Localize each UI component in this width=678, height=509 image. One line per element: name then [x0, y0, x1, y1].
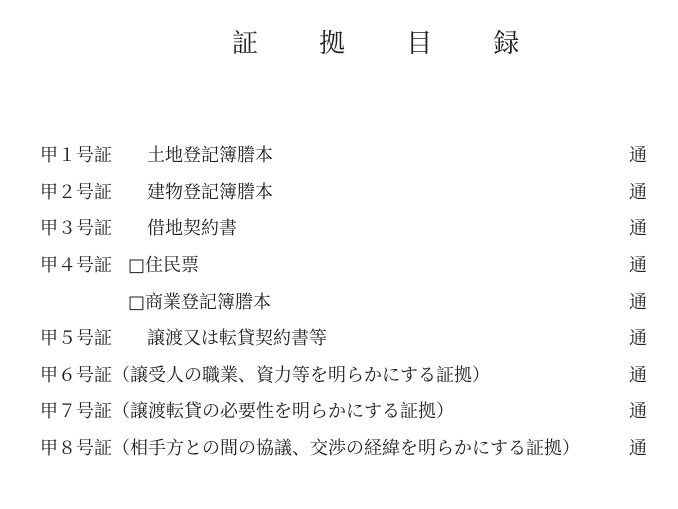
exhibit-title: （譲受人の職業、資力等を明らかにする証拠）: [112, 361, 490, 387]
exhibit-number: 甲３号証: [40, 214, 112, 240]
exhibit-title-with-checkbox: □住民票: [128, 251, 199, 277]
exhibit-title: 借地契約書: [147, 214, 237, 240]
exhibit-number: 甲２号証: [40, 178, 112, 204]
copies-suffix: 通: [629, 434, 647, 460]
checkbox-icon: □: [128, 292, 145, 313]
copies-suffix: 通: [629, 288, 647, 314]
exhibit-title: 商業登記簿謄本: [145, 292, 271, 313]
exhibit-number: 甲７号証: [40, 397, 112, 423]
exhibit-number: 甲５号証: [40, 324, 112, 350]
copies-suffix: 通: [629, 141, 647, 167]
document-title: 証拠目録: [232, 30, 580, 58]
exhibit-title: 譲渡又は転貸契約書等: [147, 324, 327, 350]
exhibit-title: （譲渡転貸の必要性を明らかにする証拠）: [112, 397, 454, 423]
document-page: 証拠目録 甲１号証 土地登記簿謄本 通 甲２号証 建物登記簿謄本 通 甲３号証 …: [0, 0, 678, 509]
exhibit-title: 土地登記簿謄本: [147, 141, 273, 167]
exhibit-number: 甲１号証: [40, 141, 112, 167]
copies-suffix: 通: [629, 178, 647, 204]
evidence-row: 甲１号証 土地登記簿謄本 通: [40, 136, 647, 173]
exhibit-number: 甲４号証: [40, 251, 112, 277]
checkbox-icon: □: [128, 255, 145, 276]
exhibit-title: （相手方との間の協議、交渉の経緯を明らかにする証拠）: [112, 434, 580, 460]
copies-suffix: 通: [629, 251, 647, 277]
exhibit-title-with-checkbox: □商業登記簿謄本: [128, 288, 271, 314]
copies-suffix: 通: [629, 324, 647, 350]
evidence-row: 甲２号証 建物登記簿謄本 通: [40, 173, 647, 210]
exhibit-title: 住民票: [145, 255, 199, 276]
copies-suffix: 通: [629, 397, 647, 423]
exhibit-title: 建物登記簿謄本: [147, 178, 273, 204]
evidence-row: □商業登記簿謄本 通: [40, 282, 647, 319]
evidence-row: 甲５号証 譲渡又は転貸契約書等 通: [40, 319, 647, 356]
copies-suffix: 通: [629, 361, 647, 387]
evidence-row: 甲４号証 □住民票 通: [40, 246, 647, 283]
evidence-list: 甲１号証 土地登記簿謄本 通 甲２号証 建物登記簿謄本 通 甲３号証 借地契約書…: [40, 136, 647, 465]
copies-suffix: 通: [629, 214, 647, 240]
exhibit-number: 甲６号証: [40, 361, 112, 387]
evidence-row: 甲３号証 借地契約書 通: [40, 209, 647, 246]
evidence-row: 甲６号証 （譲受人の職業、資力等を明らかにする証拠） 通: [40, 356, 647, 393]
evidence-row: 甲７号証 （譲渡転貸の必要性を明らかにする証拠） 通: [40, 392, 647, 429]
exhibit-number: 甲８号証: [40, 434, 112, 460]
evidence-row: 甲８号証 （相手方との間の協議、交渉の経緯を明らかにする証拠） 通: [40, 429, 647, 466]
